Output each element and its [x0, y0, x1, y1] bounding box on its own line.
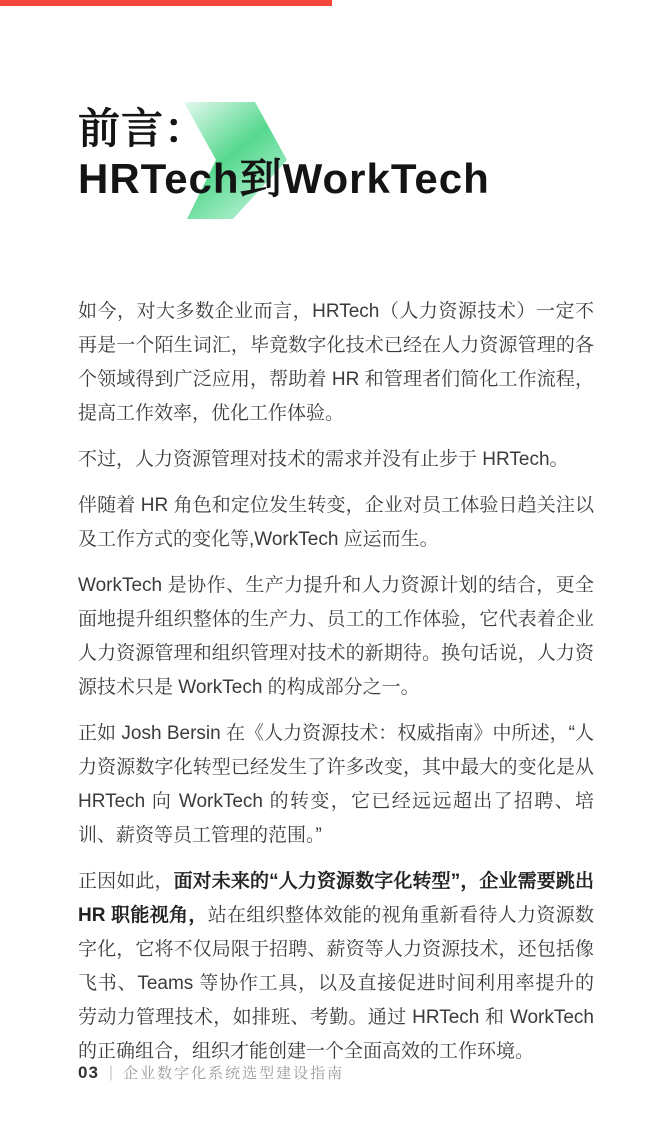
paragraph: 不过，人力资源管理对技术的需求并没有止步于 HRTech。 [78, 443, 594, 477]
body-text: 如今，对大多数企业而言，HRTech（人力资源技术）一定不再是一个陌生词汇，毕竟… [78, 295, 594, 1069]
paragraph: 正因如此，面对未来的“人力资源数字化转型”，企业需要跳出 HR 职能视角，站在组… [78, 865, 594, 1069]
text-segment: 站在组织整体效能的视角重新看待人力资源数字化，它将不仅局限于招聘、薪资等人力资源… [78, 905, 594, 1062]
footer-title: 企业数字化系统选型建设指南 [123, 1062, 344, 1083]
page-title-line2: HRTech到WorkTech [78, 154, 490, 204]
text-segment: 正如 Josh Bersin 在《人力资源技术：权威指南》中所述，“人力资源数字… [78, 723, 594, 846]
text-segment: 如今，对大多数企业而言，HRTech（人力资源技术）一定不再是一个陌生词汇，毕竟… [78, 301, 594, 424]
paragraph: 如今，对大多数企业而言，HRTech（人力资源技术）一定不再是一个陌生词汇，毕竟… [78, 295, 594, 431]
page-number: 03 [78, 1063, 99, 1083]
paragraph: 伴随着 HR 角色和定位发生转变，企业对员工体验日趋关注以及工作方式的变化等,W… [78, 489, 594, 557]
text-segment: 正因如此， [78, 871, 174, 892]
page-title-line1: 前言： [78, 104, 490, 154]
paragraph: 正如 Josh Bersin 在《人力资源技术：权威指南》中所述，“人力资源数字… [78, 717, 594, 853]
page-title: 前言： HRTech到WorkTech [78, 104, 490, 204]
paragraph: WorkTech 是协作、生产力提升和人力资源计划的结合，更全面地提升组织整体的… [78, 569, 594, 705]
text-segment: WorkTech 是协作、生产力提升和人力资源计划的结合，更全面地提升组织整体的… [78, 575, 594, 698]
document-page: 前言： HRTech到WorkTech 如今，对大多数企业而言，HRTech（人… [0, 0, 664, 1122]
text-segment: 不过，人力资源管理对技术的需求并没有止步于 HRTech。 [78, 449, 569, 470]
top-accent-bar [0, 0, 332, 6]
page-footer: 03 | 企业数字化系统选型建设指南 [78, 1062, 344, 1083]
text-segment: 伴随着 HR 角色和定位发生转变，企业对员工体验日趋关注以及工作方式的变化等,W… [78, 495, 594, 550]
footer-separator: | [109, 1064, 113, 1082]
